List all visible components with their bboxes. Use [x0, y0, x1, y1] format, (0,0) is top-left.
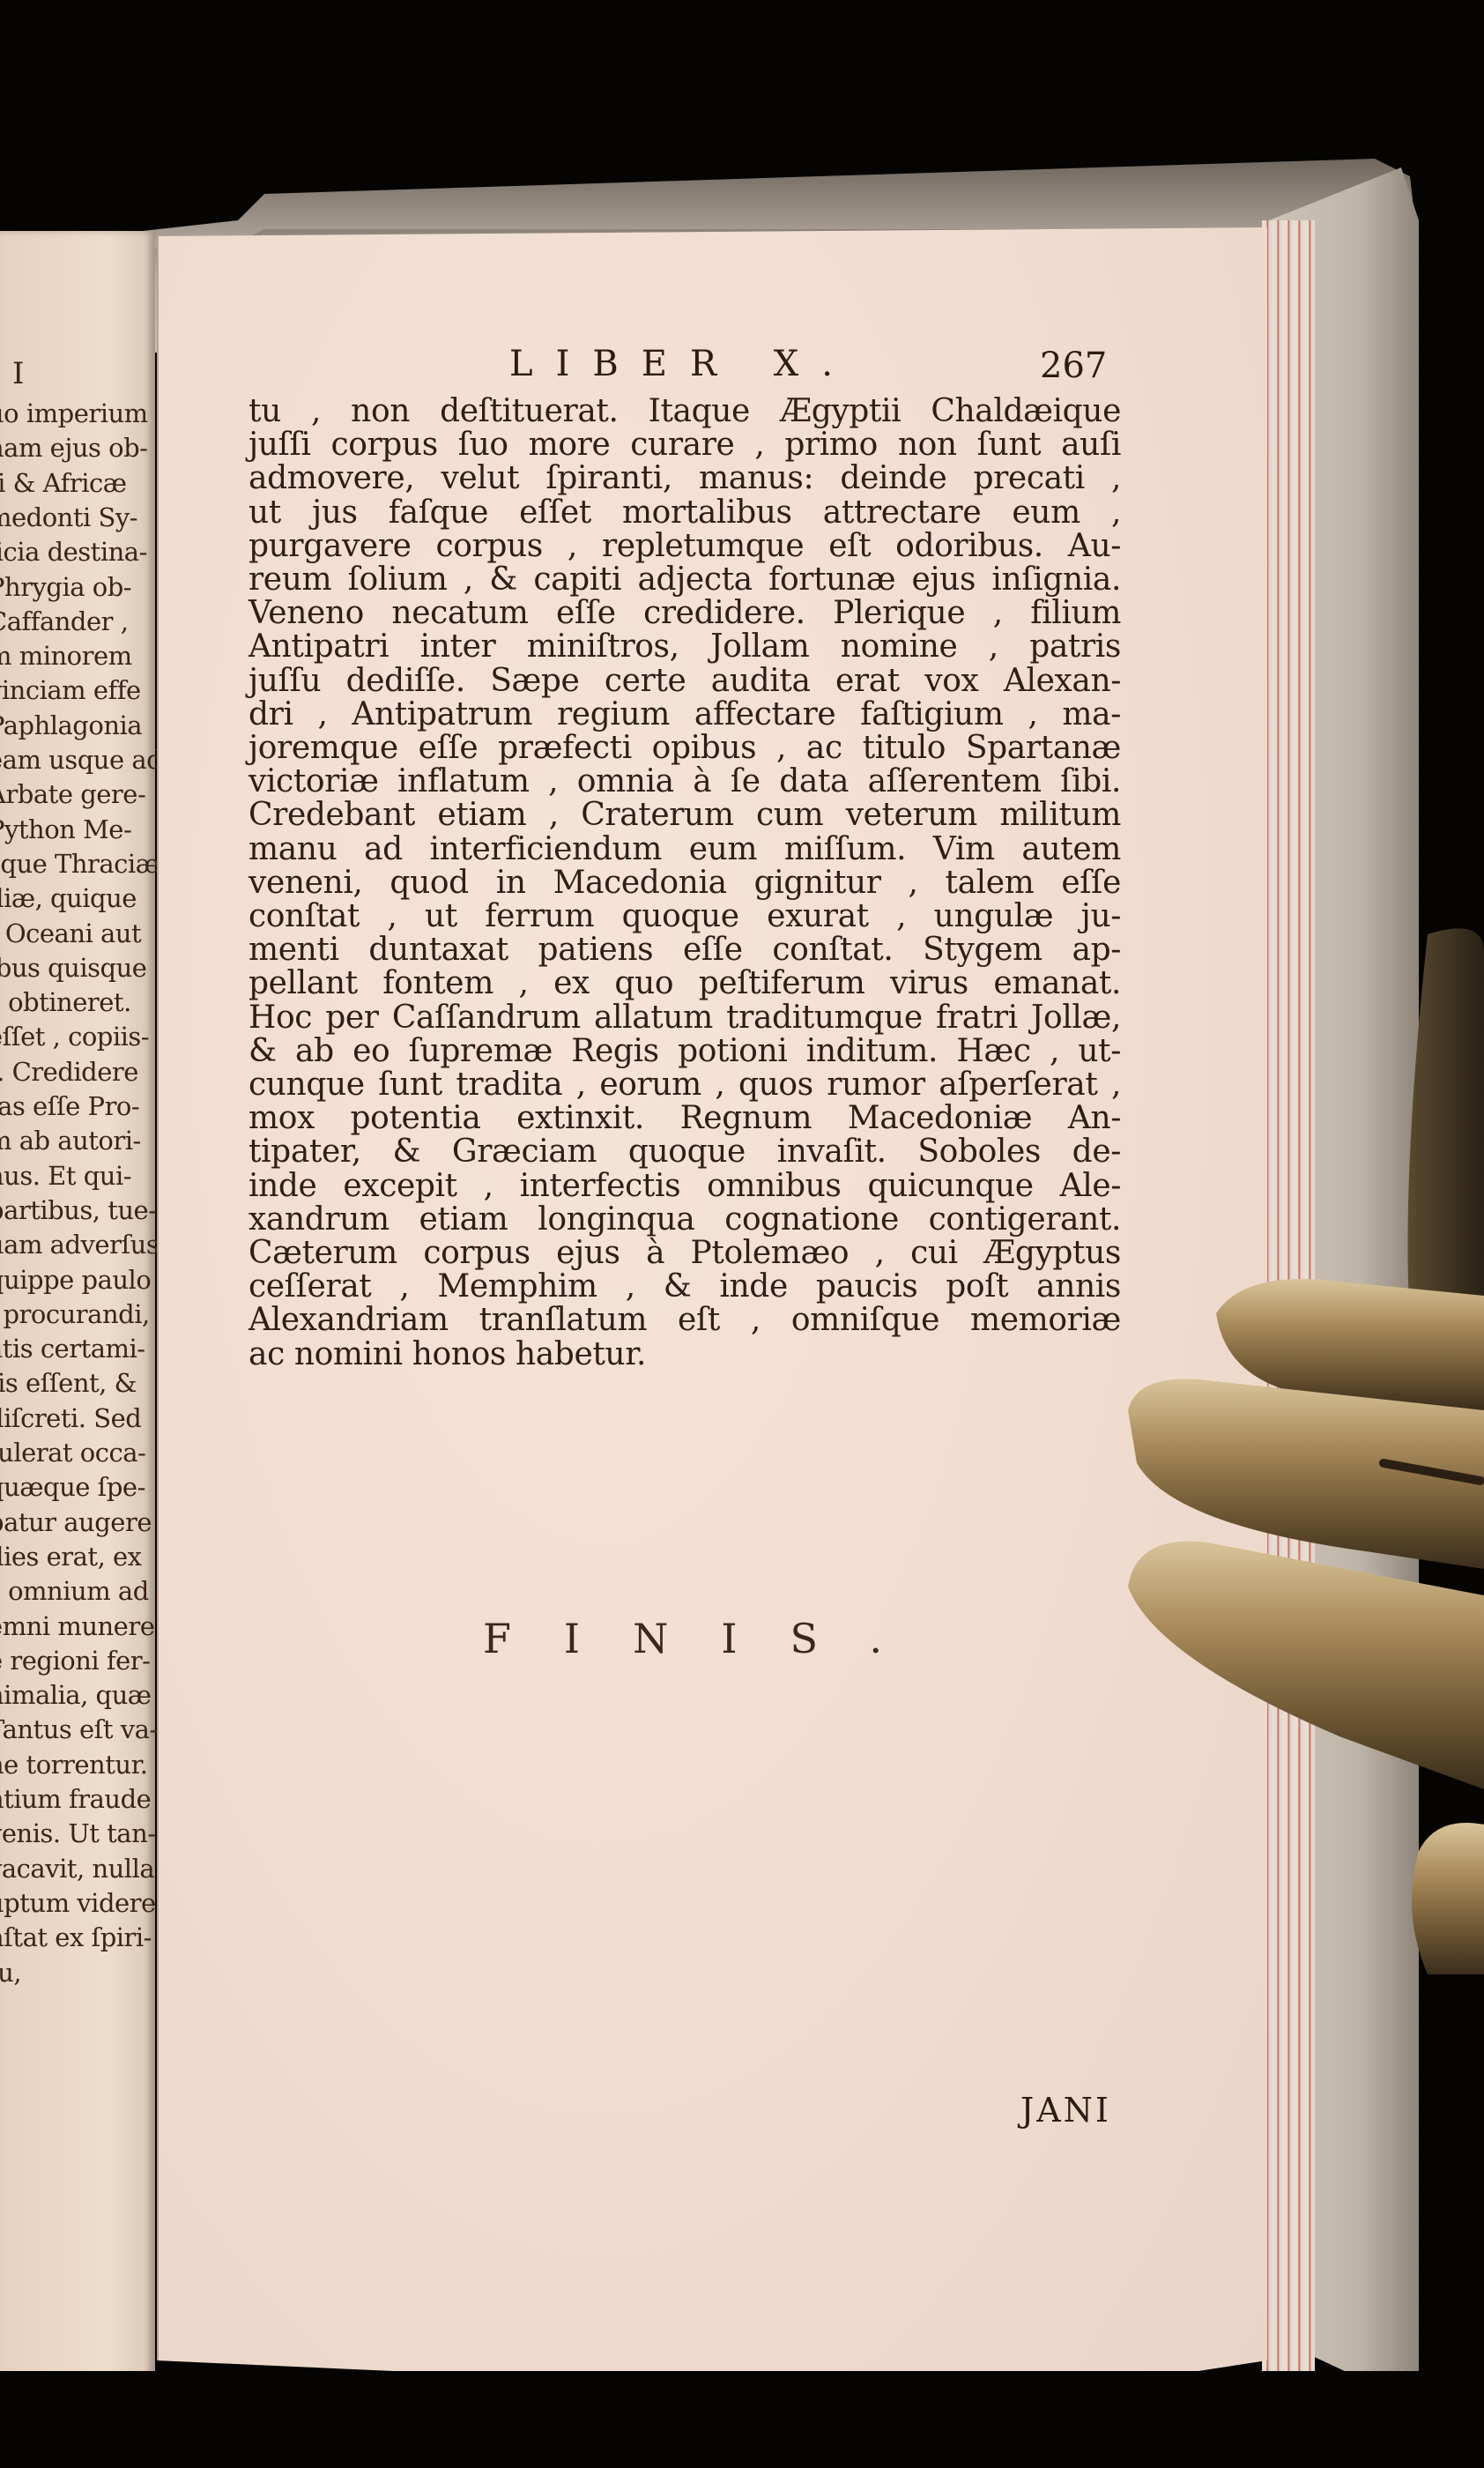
text-line: Credebant etiam , Craterum cum veterum m…: [249, 799, 1121, 832]
left-page-line: diſcreti. Sed: [0, 1403, 141, 1433]
text-line: reum ſolium , & capiti adjecta fortunæ e…: [249, 563, 1121, 597]
left-page-line: partibus, tue-: [0, 1195, 157, 1225]
text-line: xandrum etiam longinqua cognatione conti…: [249, 1203, 1121, 1237]
left-page-line: emni munere: [0, 1611, 154, 1641]
left-page-line: venis. Ut tan-: [0, 1818, 156, 1848]
text-line: & ab eo ſupremæ Regis potioni inditum. H…: [249, 1035, 1121, 1068]
catchword: JANI: [1020, 2091, 1111, 2130]
left-page-line: tulerat occa-: [0, 1438, 145, 1468]
left-page-line: Phrygia ob-: [0, 572, 131, 602]
text-line: dri , Antipatrum regium affectare faſtig…: [249, 698, 1121, 732]
text-line: victoriæ inflatum , omnia à ſe data aſſe…: [249, 765, 1121, 799]
left-page-line: eſſet , copiis-: [0, 1022, 149, 1052]
text-line: conſtat , ut ferrum quoque exurat , ungu…: [249, 900, 1121, 933]
text-line: Cæterum corpus ejus à Ptolemæo , cui Ægy…: [249, 1237, 1121, 1270]
left-page-line: nus. Et qui-: [0, 1161, 131, 1191]
left-page-line: batur augere: [0, 1507, 152, 1537]
text-line: tu , non deſtituerat. Itaque Ægyptii Cha…: [249, 395, 1121, 428]
left-page-header-fragment: I: [12, 356, 24, 391]
left-page-line: atis certami-: [0, 1334, 145, 1364]
left-page-line: tis eſſent, &: [0, 1368, 137, 1398]
brass-ornament: [1119, 917, 1484, 1974]
left-page-line: Caffander ,: [0, 606, 128, 636]
text-line: juſſi corpus ſuo more curare , primo non…: [249, 428, 1121, 462]
text-line: purgavere corpus , repletumque eſt odori…: [249, 530, 1121, 563]
finis-heading: FINIS.: [483, 1615, 935, 1662]
left-page-line: dies erat, ex: [0, 1542, 142, 1572]
left-page-line: nimalia, quæ: [0, 1680, 152, 1710]
body-text: tu , non deſtituerat. Itaque Ægyptii Cha…: [249, 395, 1121, 1372]
text-line: tipater, & Græciam quoque invaſit. Sobol…: [249, 1135, 1121, 1169]
text-line: joremque eſſe præfecti opibus , ac titul…: [249, 732, 1121, 765]
left-page-line: s obtineret.: [0, 987, 131, 1017]
left-page-line: tas eſſe Pro-: [0, 1091, 139, 1121]
text-line: cunque ſunt tradita , eorum , quos rumor…: [249, 1068, 1121, 1102]
text-line: pellant fontem , ex quo peſtiferum virus…: [249, 967, 1121, 1000]
left-page-line: tu,: [0, 1958, 21, 1988]
text-line: mox potentia extinxit. Regnum Macedoniæ …: [249, 1102, 1121, 1135]
left-page-line: nam ejus ob-: [0, 433, 147, 463]
left-page-line: eam usque ad: [0, 745, 162, 775]
text-line: manu ad interficiendum eum miſſum. Vim a…: [249, 833, 1121, 866]
text-line: ac nomini honos habetur.: [249, 1338, 1121, 1372]
left-page-line: uo imperium: [0, 398, 148, 428]
left-page-line: licia destina-: [0, 537, 147, 567]
text-line: Hoc per Caſſandrum allatum traditumque f…: [249, 1001, 1121, 1035]
left-page-line: Tantus eſt va-: [0, 1714, 158, 1744]
text-line: admovere, velut ſpiranti, manus: deinde …: [249, 462, 1121, 495]
text-line: veneni, quod in Macedonia gignitur , tal…: [249, 866, 1121, 900]
left-page-line: Arbate gere-: [0, 779, 145, 809]
background-shadow: [0, 2371, 1484, 2468]
text-line: menti duntaxat patiens eſſe conſtat. Sty…: [249, 933, 1121, 967]
text-line: inde excepit , interfectis omnibus quicu…: [249, 1170, 1121, 1203]
left-page-line: quæque ſpe-: [0, 1472, 145, 1502]
left-page-line: Paphlagonia: [0, 710, 142, 740]
page-number: 267: [1040, 346, 1107, 386]
left-page-line: uam adverſus: [0, 1230, 159, 1260]
left-page-line: ibus quisque: [0, 953, 146, 983]
left-page-line: e regioni fer-: [0, 1646, 150, 1676]
left-page-line: diæ, quique: [0, 883, 137, 913]
left-page-line: r. Credidere: [0, 1057, 138, 1087]
left-page-line: m ab autori-: [0, 1126, 141, 1156]
left-page-line: nſtat ex ſpiri-: [0, 1922, 152, 1952]
left-page-line: quippe paulo: [0, 1265, 151, 1295]
text-line: ut jus faſque eſſet mortalibus attrectar…: [249, 496, 1121, 530]
left-page-line: ti & Africæ: [0, 468, 126, 498]
left-page-line: sque Thraciæ: [0, 849, 159, 879]
left-page: I uo imperiumnam ejus ob-ti & Africæmedo…: [0, 231, 155, 2417]
left-page-line: ne torrentur.: [0, 1750, 147, 1780]
left-page-line: m minorem: [0, 641, 132, 671]
left-page-line: medonti Sy-: [0, 502, 137, 532]
left-page-line: i procurandi,: [0, 1299, 150, 1329]
text-line: Antipatri inter miniſtros, Jollam nomine…: [249, 630, 1121, 664]
left-page-line: t Oceani aut: [0, 918, 141, 948]
left-page-line: ntium fraude: [0, 1784, 151, 1814]
running-head: LIBER X.: [509, 344, 856, 384]
text-line: juſſu dediſſe. Sæpe certe audita erat vo…: [249, 665, 1121, 698]
text-line: Veneno necatum eſſe credidere. Plerique …: [249, 597, 1121, 630]
left-page-line: Python Me-: [0, 814, 131, 844]
left-page-line: vinciam effe: [0, 675, 141, 705]
left-page-line: uptum videre: [0, 1888, 156, 1918]
left-page-line: vacavit, nulla: [0, 1854, 154, 1884]
text-line: Alexandriam tranſlatum eſt , omniſque me…: [249, 1304, 1121, 1337]
left-page-line: s omnium ad: [0, 1576, 149, 1606]
text-line: ceſſerat , Memphim , & inde paucis poſt …: [249, 1270, 1121, 1304]
